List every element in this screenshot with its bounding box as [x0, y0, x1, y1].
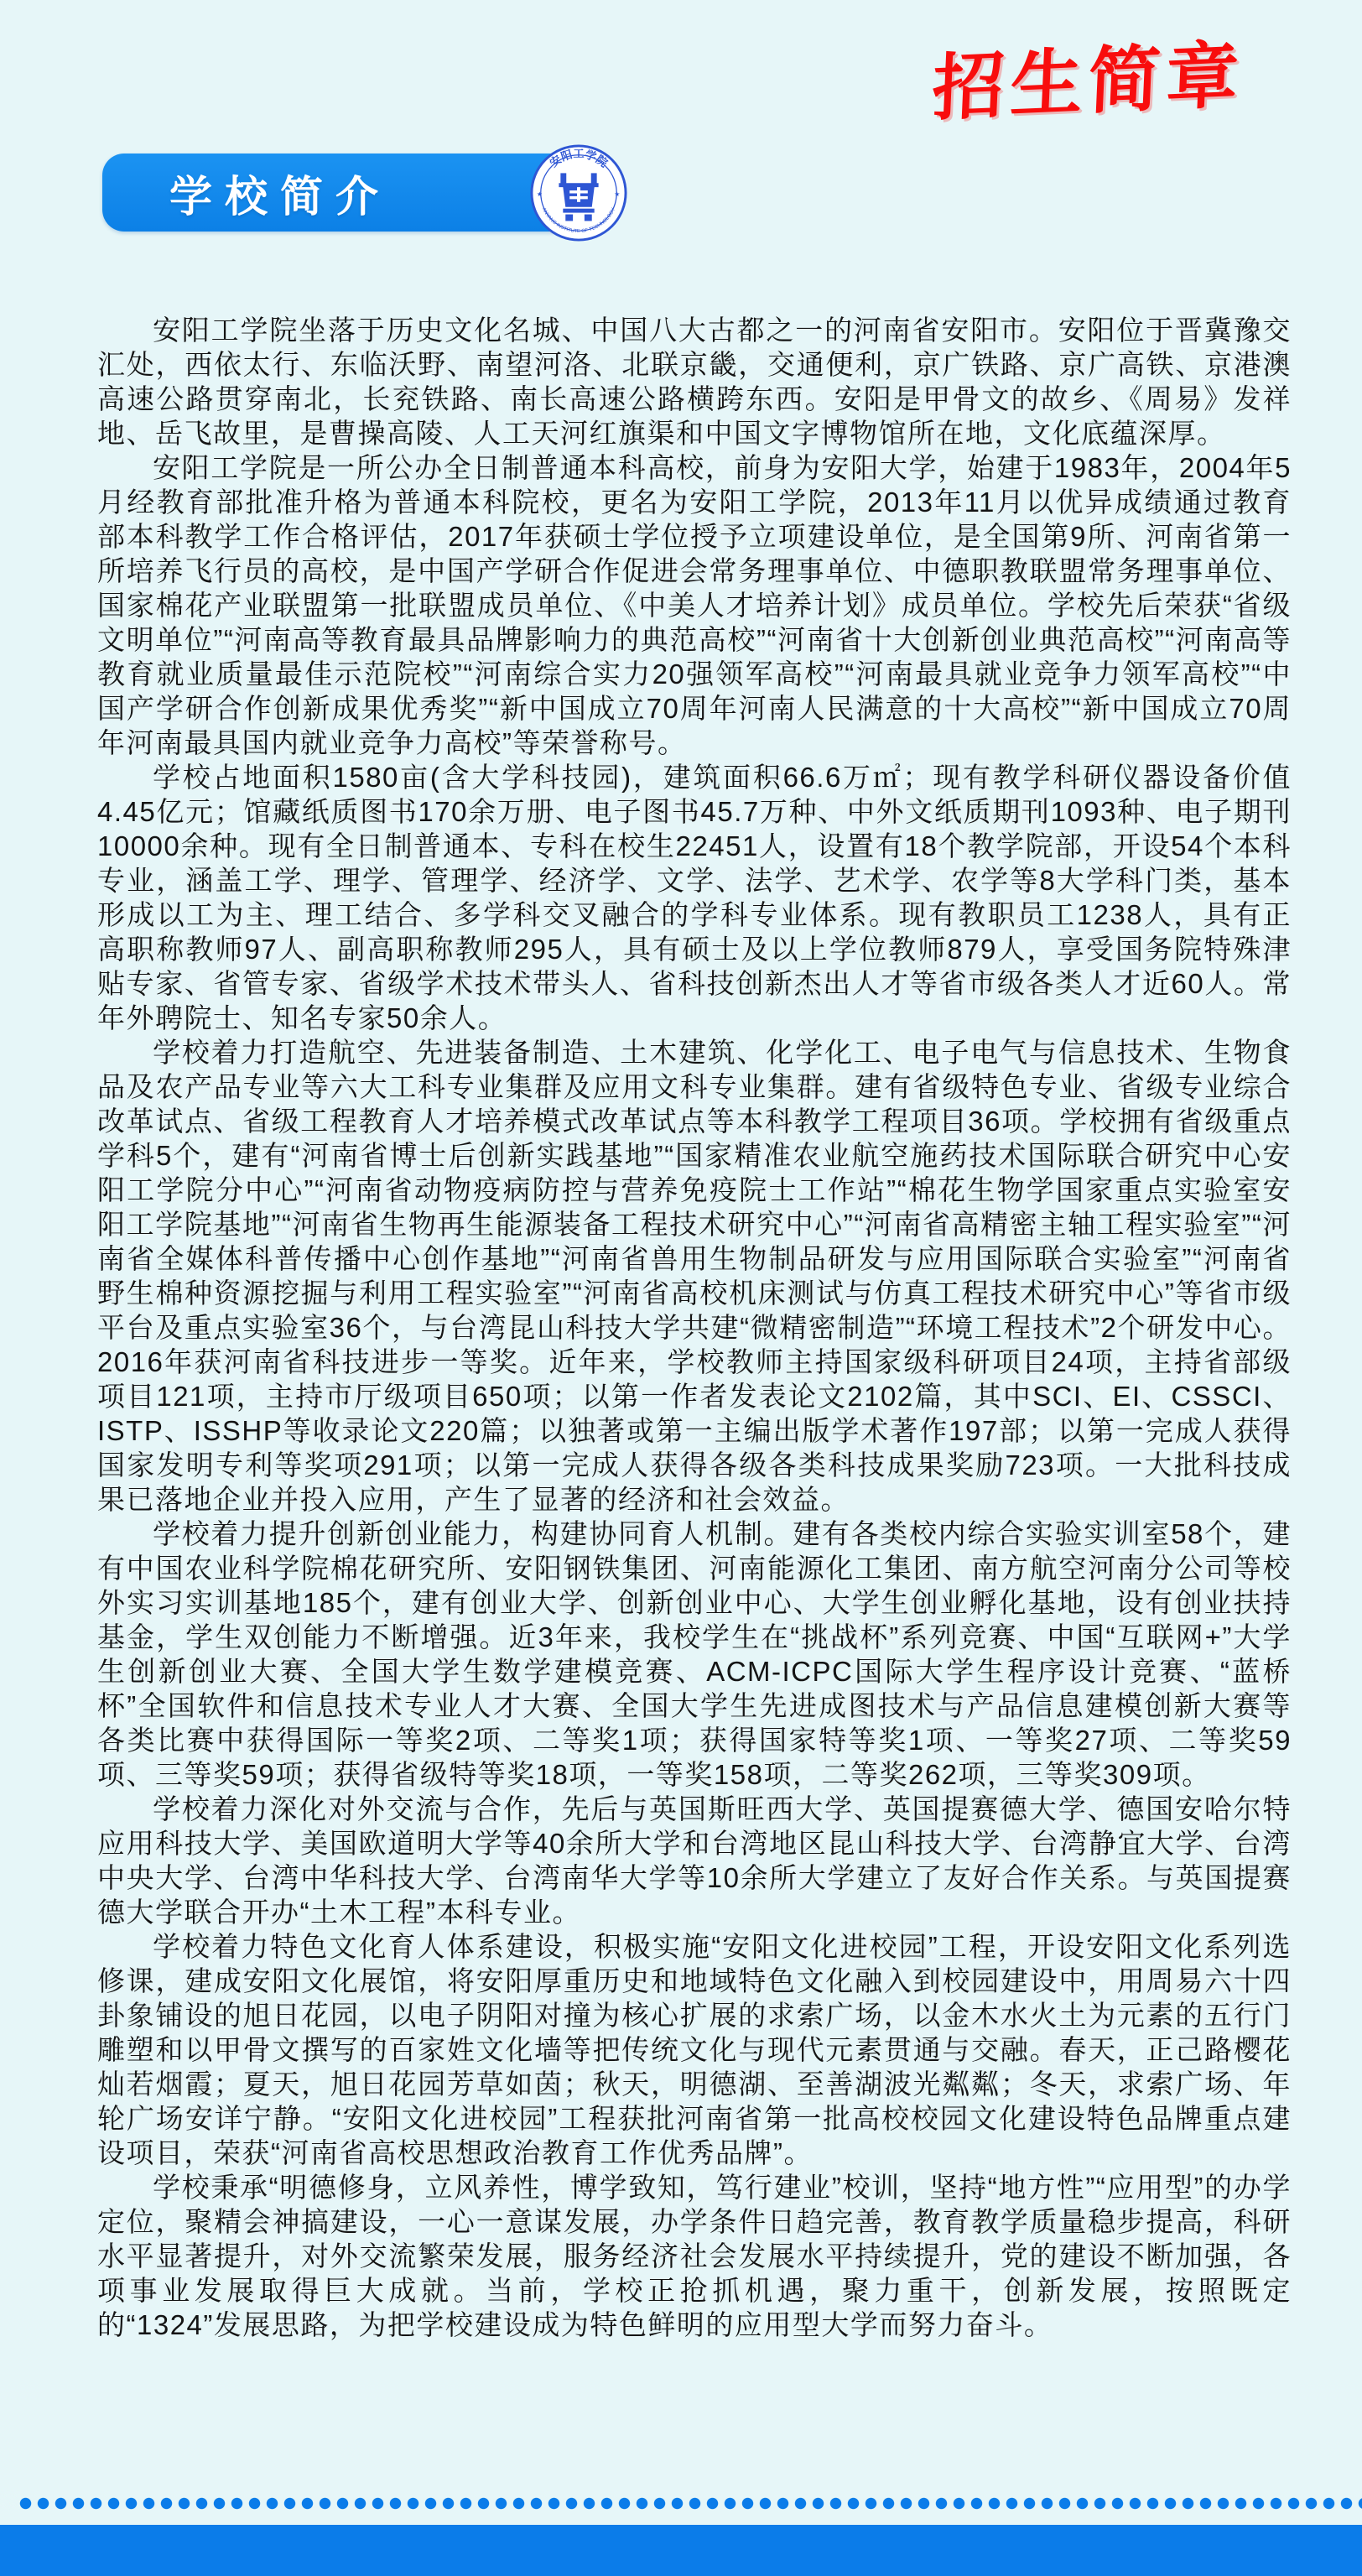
intro-paragraph-location: 安阳工学院坐落于历史文化名城、中国八大古都之一的河南省安阳市。安阳位于晋冀豫交汇… [97, 313, 1292, 450]
intro-paragraph-discipline: 学校着力打造航空、先进装备制造、土木建筑、化学化工、电子电气与信息技术、生物食品… [97, 1035, 1292, 1517]
intro-paragraph-campus: 学校占地面积1580亩(含大学科技园)，建筑面积66.6万㎡；现有教学科研仪器设… [97, 760, 1292, 1035]
svg-text:★: ★ [614, 190, 620, 198]
intro-paragraph-motto: 学校秉承“明德修身，立风养性，博学致知，笃行建业”校训，坚持“地方性”“应用型”… [97, 2170, 1292, 2342]
section-title: 学校简介 [102, 162, 391, 224]
intro-paragraph-history: 安阳工学院是一所公办全日制普通本科高校，前身为安阳大学，始建于1983年，200… [97, 450, 1292, 760]
dotted-divider [17, 2497, 1362, 2510]
brochure-page: 招生简章 学校简介 安阳工学院 ANYANG INSTITUTE OF TECH… [0, 0, 1362, 2576]
intro-paragraph-exchange: 学校着力深化对外交流与合作，先后与英国斯旺西大学、英国提赛德大学、德国安哈尔特应… [97, 1792, 1292, 1929]
page-title: 招生简章 [930, 17, 1246, 135]
university-seal-icon: 安阳工学院 ANYANG INSTITUTE OF TECHNOLOGY ★ ★ [529, 143, 628, 242]
intro-paragraph-culture: 学校着力特色文化育人体系建设，积极实施“安阳文化进校园”工程，开设安阳文化系列选… [97, 1929, 1292, 2170]
footer-bar [0, 2525, 1362, 2576]
intro-paragraph-innovation: 学校着力提升创新创业能力，构建协同育人机制。建有各类校内综合实验实训室58个，建… [97, 1517, 1292, 1792]
svg-text:★: ★ [537, 190, 543, 198]
school-intro-text: 安阳工学院坐落于历史文化名城、中国八大古都之一的河南省安阳市。安阳位于晋冀豫交汇… [97, 313, 1292, 2342]
